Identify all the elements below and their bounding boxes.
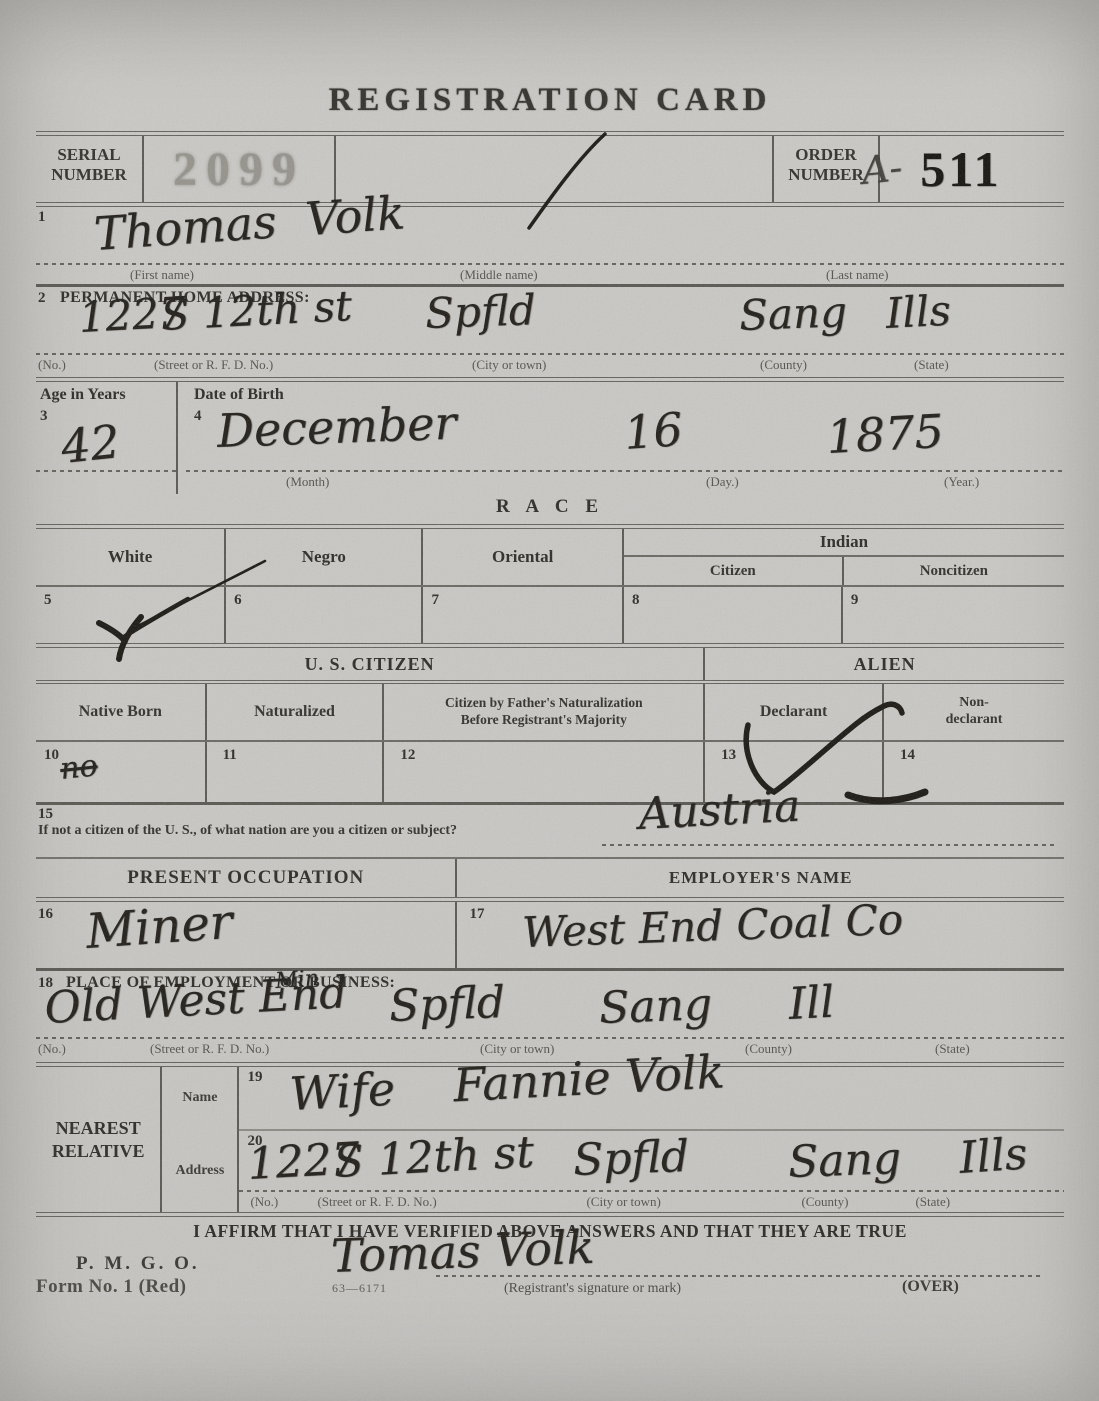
over-label: (OVER) [902,1278,959,1296]
field-number-16: 16 [38,906,53,923]
address-county-handwritten: Sang [738,287,847,340]
us-citizen-heading: U. S. CITIZEN [36,648,703,680]
state-label: (State) [935,1041,970,1057]
relative-address-row: 20 1227 S 12th st Spfld Sang Ills (No.) … [239,1131,1064,1212]
state-label: (State) [914,357,949,373]
age-cell: Age in Years 3 42 [36,382,178,494]
print-code: 63—6171 [332,1281,387,1296]
employment-city-handwritten: Spfld [388,977,506,1032]
nearest-relative-block: NEAREST RELATIVE Name Address 19 Wife Fa… [36,1067,1064,1212]
nation-handwritten: Austria [637,781,801,840]
scanned-registration-card: { "title": "REGISTRATION CARD", "header"… [0,0,1099,1401]
field-number-2: 2 [38,290,46,307]
field-number-1: 1 [38,209,46,226]
employer-cell: 17 West End Coal Co [457,902,1064,968]
relative-addr-county: Sang [788,1133,903,1188]
occupation-header-row: PRESENT OCCUPATION EMPLOYER'S NAME [36,859,1064,897]
race-col-oriental: Oriental [421,529,621,585]
dob-cell: Date of Birth 4 December 16 1875 (Month)… [178,382,1064,494]
address-street-handwritten: S 12th st [159,281,353,340]
street-label: (Street or R. F. D. No.) [154,357,273,373]
race-col-indian: Indian Citizen Noncitizen [622,529,1064,585]
no-label: (No.) [250,1194,278,1210]
dob-day-handwritten: 16 [622,402,684,460]
field-number-4: 4 [194,408,202,425]
relative-addr-state: Ills [958,1128,1030,1184]
city-label: (City or town) [586,1194,660,1210]
employer-heading: EMPLOYER'S NAME [457,859,1064,897]
first-name-label: (First name) [130,267,194,283]
occupation-handwritten: Miner [84,894,234,960]
relative-addr-street: S 12th st [333,1127,536,1188]
address-city-handwritten: Spfld [424,285,536,338]
employment-place-row: 18 PLACE OF EMPLOYMENT OR BUSINESS: Old … [36,971,1064,1062]
indian-noncitizen-label: Noncitizen [842,557,1064,585]
citizenship-table: U. S. CITIZEN ALIEN Native Born Naturali… [36,648,1064,802]
order-number-box: A- 511 [878,136,1064,202]
form-number-label: Form No. 1 (Red) [36,1276,186,1298]
dotted-line [186,470,1064,472]
field-number-19: 19 [247,1069,262,1086]
col-father-naturalization: Citizen by Father's Naturalization Befor… [382,684,703,740]
dob-month-handwritten: December [216,396,457,458]
indian-subcolumns: Citizen Noncitizen [624,557,1064,585]
dob-year-handwritten: 1875 [825,404,945,464]
month-label: (Month) [286,474,329,490]
dotted-line [36,263,1064,265]
occupation-values-row: 16 Miner 17 West End Coal Co [36,902,1064,968]
age-handwritten: 42 [58,414,122,474]
col-naturalized: Naturalized [205,684,383,740]
dotted-line [36,1037,1064,1039]
employment-place-superscript: Min [274,966,319,994]
street-label: (Street or R. F. D. No.) [150,1041,269,1057]
field-number-15: 15 [38,806,53,823]
occupation-heading: PRESENT OCCUPATION [36,859,457,897]
occupation-cell: 16 Miner [36,902,457,968]
serial-number-label: SERIAL NUMBER [36,136,142,202]
name-row: 1 Thomas Volk (First name) (Middle name)… [36,207,1064,284]
state-label: (State) [915,1194,950,1210]
registrant-signature-handwritten: Tomas Volk [330,1220,595,1283]
race-cell-9: 9 [841,587,1064,643]
relative-address-label: Address [162,1129,237,1212]
signature-caption: (Registrant's signature or mark) [504,1281,681,1297]
dotted-line [436,1275,1042,1277]
city-label: (City or town) [472,357,546,373]
age-heading: Age in Years [40,386,126,404]
street-label: (Street or R. F. D. No.) [317,1194,436,1210]
indian-label: Indian [624,529,1064,557]
year-label: (Year.) [944,474,979,490]
no-label: (No.) [38,1041,66,1057]
employment-state-handwritten: Ill [787,977,835,1030]
day-label: (Day.) [706,474,739,490]
dotted-line [239,1190,1064,1192]
order-number-handwritten-prefix: A- [859,145,904,193]
order-number-value: 511 [920,140,1001,198]
citizen-cell-10: 10 no [36,742,205,802]
relative-sublabels: Name Address [160,1067,237,1212]
employment-county-handwritten: Sang [598,979,713,1034]
col-native-born: Native Born [36,684,205,740]
relative-name-row: 19 Wife Fannie Volk [239,1067,1064,1131]
home-address-row: 2 PERMANENT HOME ADDRESS: 1227 S 12th st… [36,287,1064,377]
field-number-17: 17 [469,906,484,923]
pmgo-label: P. M. G. O. [76,1253,200,1275]
nation-question-text: If not a citizen of the U. S., of what n… [38,823,457,839]
relative-addr-city: Spfld [573,1131,691,1186]
race-cell-7: 7 [421,587,621,643]
dotted-line [36,353,1064,355]
race-cell-8: 8 [622,587,841,643]
citizen-cell-11: 11 [205,742,383,802]
cell10-no-handwritten: no [58,748,99,787]
relative-values: 19 Wife Fannie Volk 20 1227 S 12th st Sp… [237,1067,1064,1212]
registration-card: REGISTRATION CARD SERIAL NUMBER 2099 ORD… [36,70,1064,1345]
signature-footer: P. M. G. O. Form No. 1 (Red) Tomas Volk … [36,1245,1064,1345]
no-label: (No.) [38,357,66,373]
dotted-line [36,470,176,472]
serial-order-row: SERIAL NUMBER 2099 ORDER NUMBER A- 511 [36,136,1064,202]
age-dob-row: Age in Years 3 42 Date of Birth 4 Decemb… [36,382,1064,494]
employer-handwritten: West End Coal Co [522,895,904,957]
race-table: White Negro Oriental Indian Citizen Nonc… [36,529,1064,643]
address-state-handwritten: Ills [884,286,951,338]
field-number-3: 3 [40,408,48,425]
indian-citizen-label: Citizen [624,557,842,585]
relative-name-label: Name [162,1067,237,1129]
county-label: (County) [801,1194,848,1210]
middle-name-label: (Middle name) [460,267,538,283]
nation-question-row: 15 If not a citizen of the U. S., of wha… [36,805,1064,857]
serial-number-value: 2099 [173,142,305,197]
last-name-label: (Last name) [826,267,888,283]
card-title: REGISTRATION CARD [36,82,1064,119]
county-label: (County) [745,1041,792,1057]
county-label: (County) [760,357,807,373]
dotted-line [602,844,1058,846]
nearest-relative-heading: NEAREST RELATIVE [36,1067,160,1212]
race-heading: R A C E [36,494,1064,524]
